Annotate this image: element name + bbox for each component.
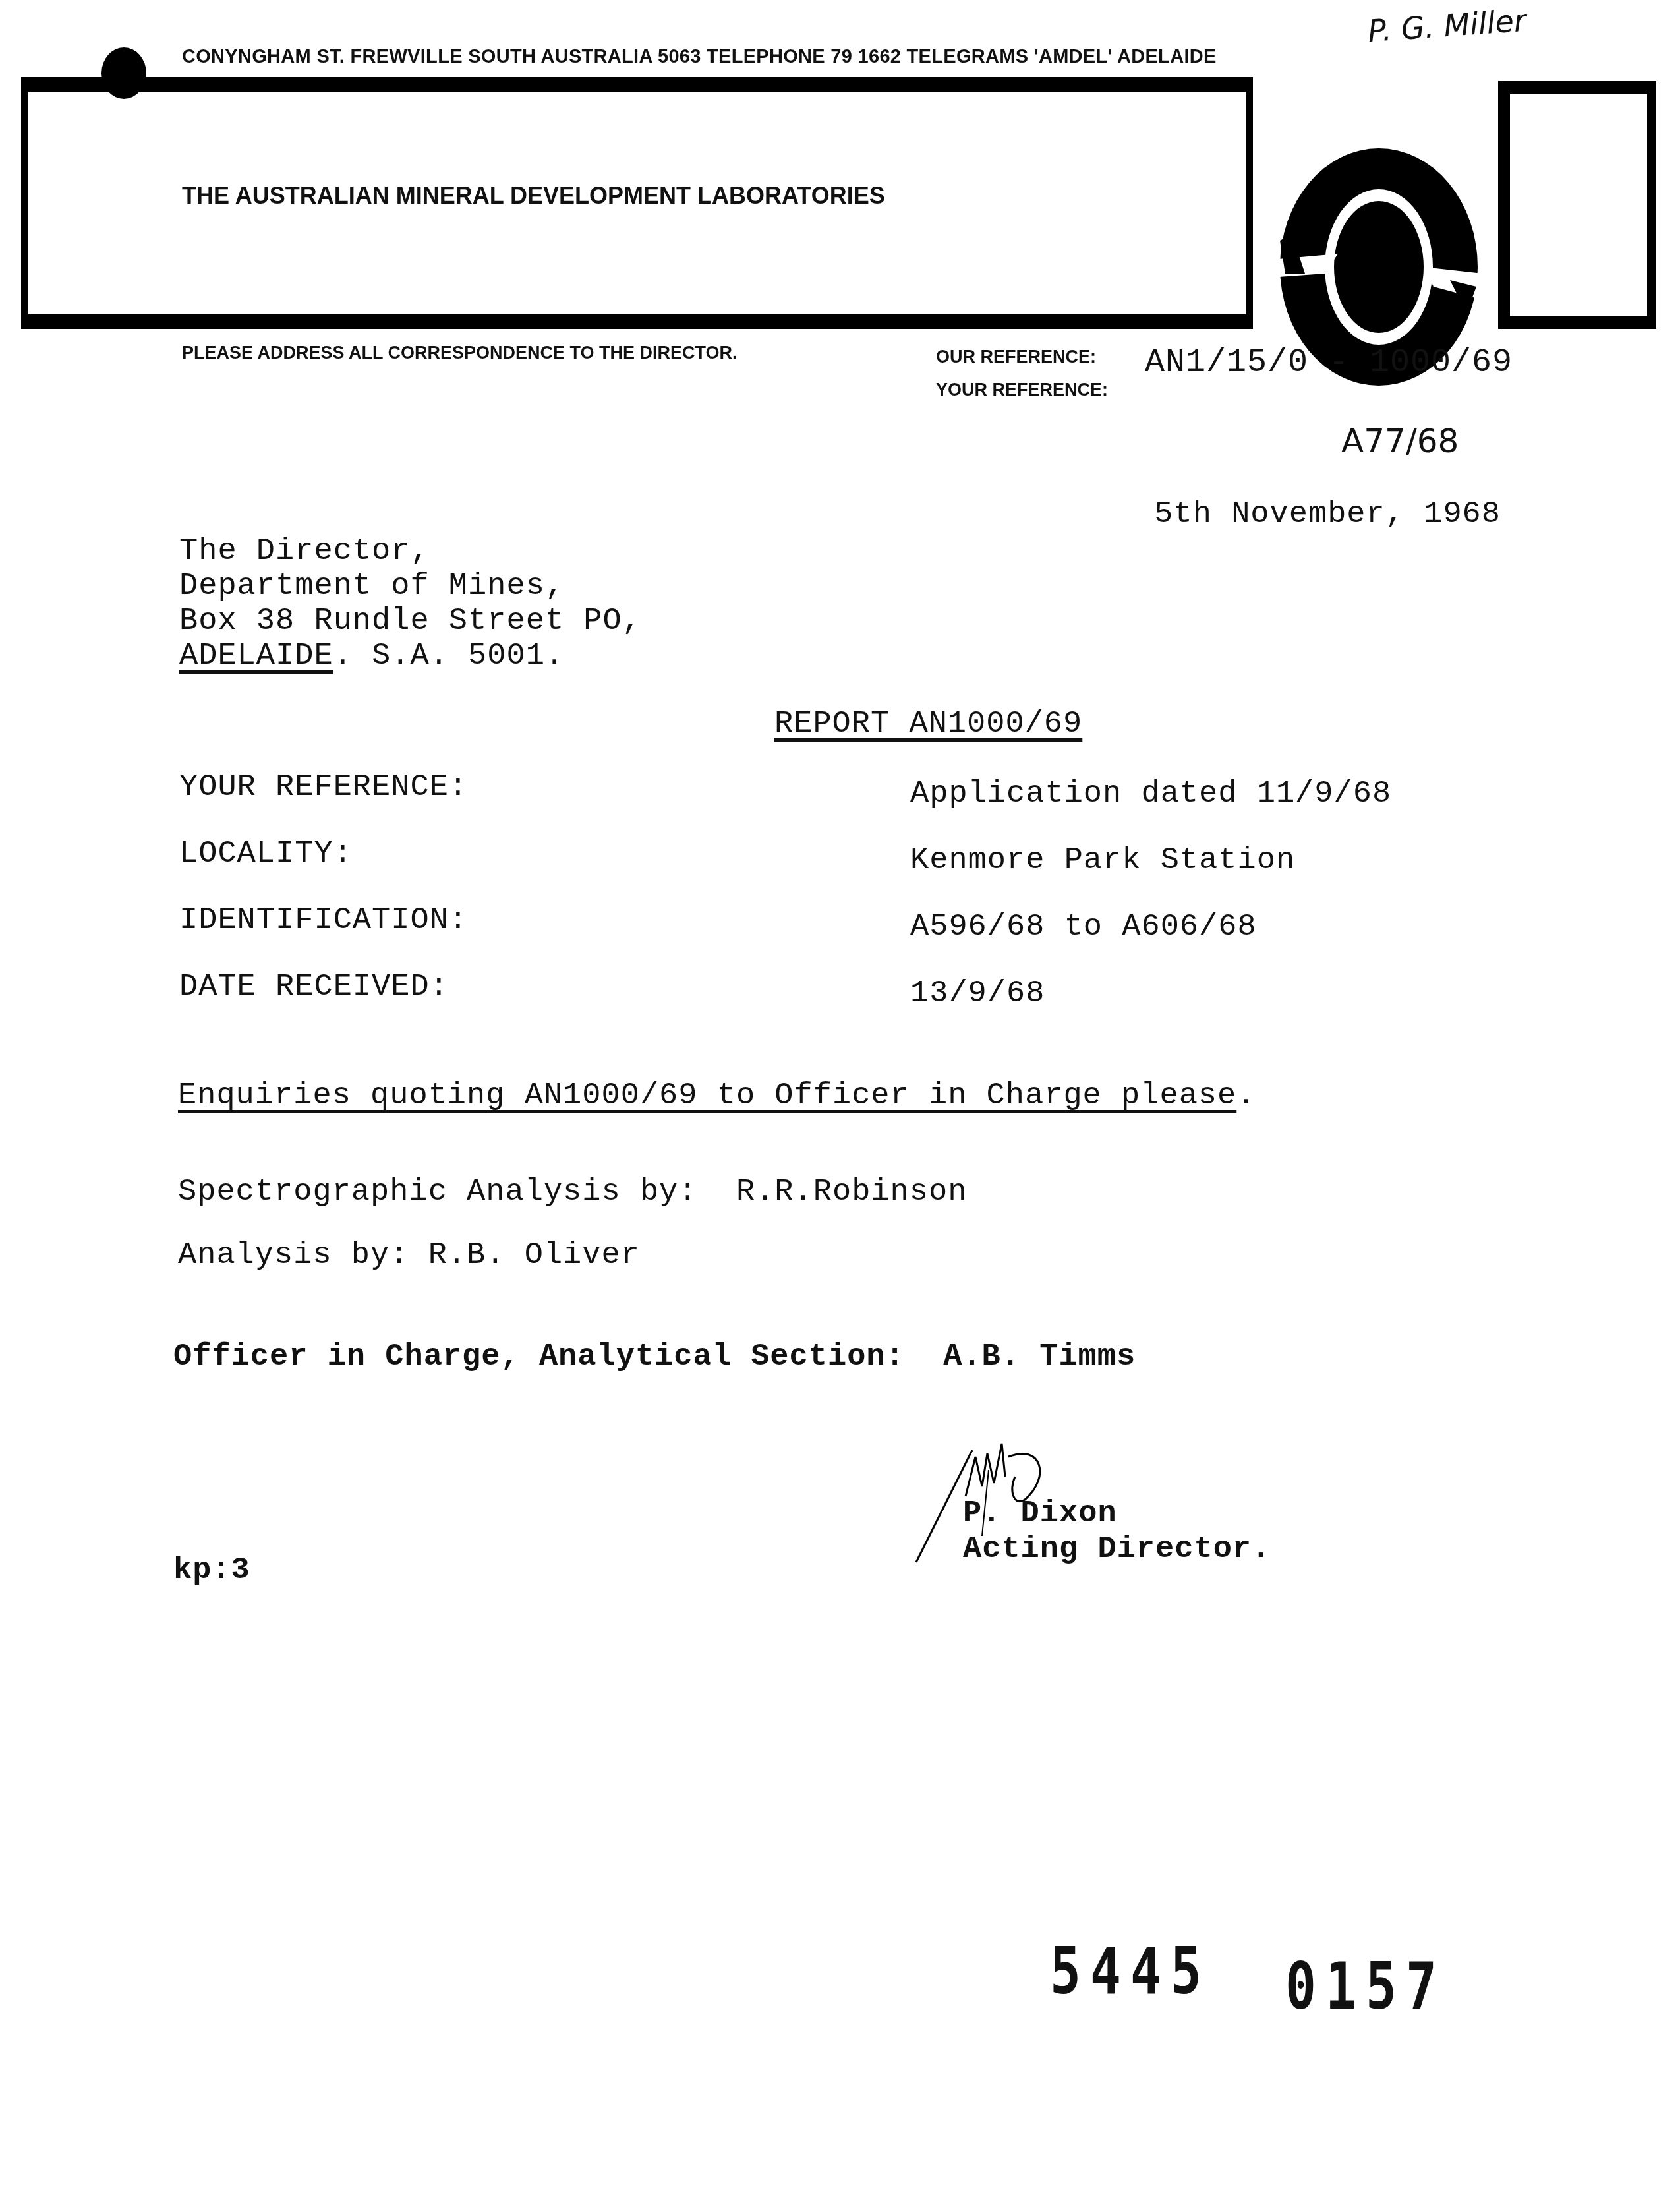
recipient-city-rest: . S.A. 5001.	[333, 639, 564, 674]
handwritten-name-annotation: P. G. Miller	[1366, 3, 1527, 49]
analyst: Analysis by: R.B. Oliver	[178, 1238, 640, 1273]
enquiries-period: .	[1236, 1078, 1256, 1113]
field-value: Application dated 11/9/68	[910, 777, 1391, 811]
our-reference-label: OUR REFERENCE:	[936, 347, 1096, 367]
signatory-title: Acting Director.	[963, 1532, 1271, 1567]
field-label: YOUR REFERENCE:	[179, 770, 468, 805]
field-label: DATE RECEIVED:	[179, 970, 449, 1005]
recipient-city: ADELAIDE	[179, 639, 333, 674]
field-value: Kenmore Park Station	[910, 843, 1295, 878]
stamp-number-1: 5445	[1050, 1935, 1211, 2009]
report-field-row: DATE RECEIVED: 13/9/68	[179, 970, 1497, 1036]
report-field-row: LOCALITY: Kenmore Park Station	[179, 836, 1497, 903]
field-label: IDENTIFICATION:	[179, 903, 468, 938]
letterhead-address: CONYNGHAM ST. FREWVILLE SOUTH AUSTRALIA …	[182, 46, 1217, 68]
typist-reference: kp:3	[173, 1553, 250, 1588]
report-field-row: IDENTIFICATION: A596/68 to A606/68	[179, 903, 1497, 970]
field-value: A596/68 to A606/68	[910, 910, 1257, 945]
officer-in-charge: Officer in Charge, Analytical Section: A…	[173, 1339, 1136, 1374]
recipient-address: The Director, Department of Mines, Box 3…	[179, 534, 641, 674]
report-fields: YOUR REFERENCE: Application dated 11/9/6…	[179, 770, 1497, 1036]
stamp-number-2: 0157	[1285, 1950, 1446, 2024]
spectrographic-analyst: Spectrographic Analysis by: R.R.Robinson	[178, 1175, 967, 1210]
punch-hole-dot	[101, 47, 146, 99]
field-label: LOCALITY:	[179, 836, 353, 871]
report-field-row: YOUR REFERENCE: Application dated 11/9/6…	[179, 770, 1497, 836]
organization-name: THE AUSTRALIAN MINERAL DEVELOPMENT LABOR…	[182, 182, 885, 210]
report-title: REPORT AN1000/69	[774, 707, 1082, 742]
our-reference-value: AN1/15/0 - 1000/69	[1145, 344, 1513, 382]
enquiries-note: Enquiries quoting AN1000/69 to Officer i…	[178, 1078, 1256, 1113]
correspondence-note: PLEASE ADDRESS ALL CORRESPONDENCE TO THE…	[182, 343, 738, 363]
handwritten-reference: A77/68	[1341, 422, 1459, 460]
recipient-city-line: ADELAIDE. S.A. 5001.	[179, 639, 641, 674]
recipient-line: Box 38 Rundle Street PO,	[179, 604, 641, 639]
recipient-line: The Director,	[179, 534, 641, 569]
field-value: 13/9/68	[910, 976, 1045, 1011]
enquiries-text: Enquiries quoting AN1000/69 to Officer i…	[178, 1078, 1236, 1113]
recipient-line: Department of Mines,	[179, 569, 641, 604]
your-reference-label: YOUR REFERENCE:	[936, 380, 1108, 400]
signatory-name: P. Dixon	[963, 1496, 1117, 1531]
letterhead-side-box	[1498, 81, 1656, 329]
letter-date: 5th November, 1968	[1154, 497, 1501, 532]
